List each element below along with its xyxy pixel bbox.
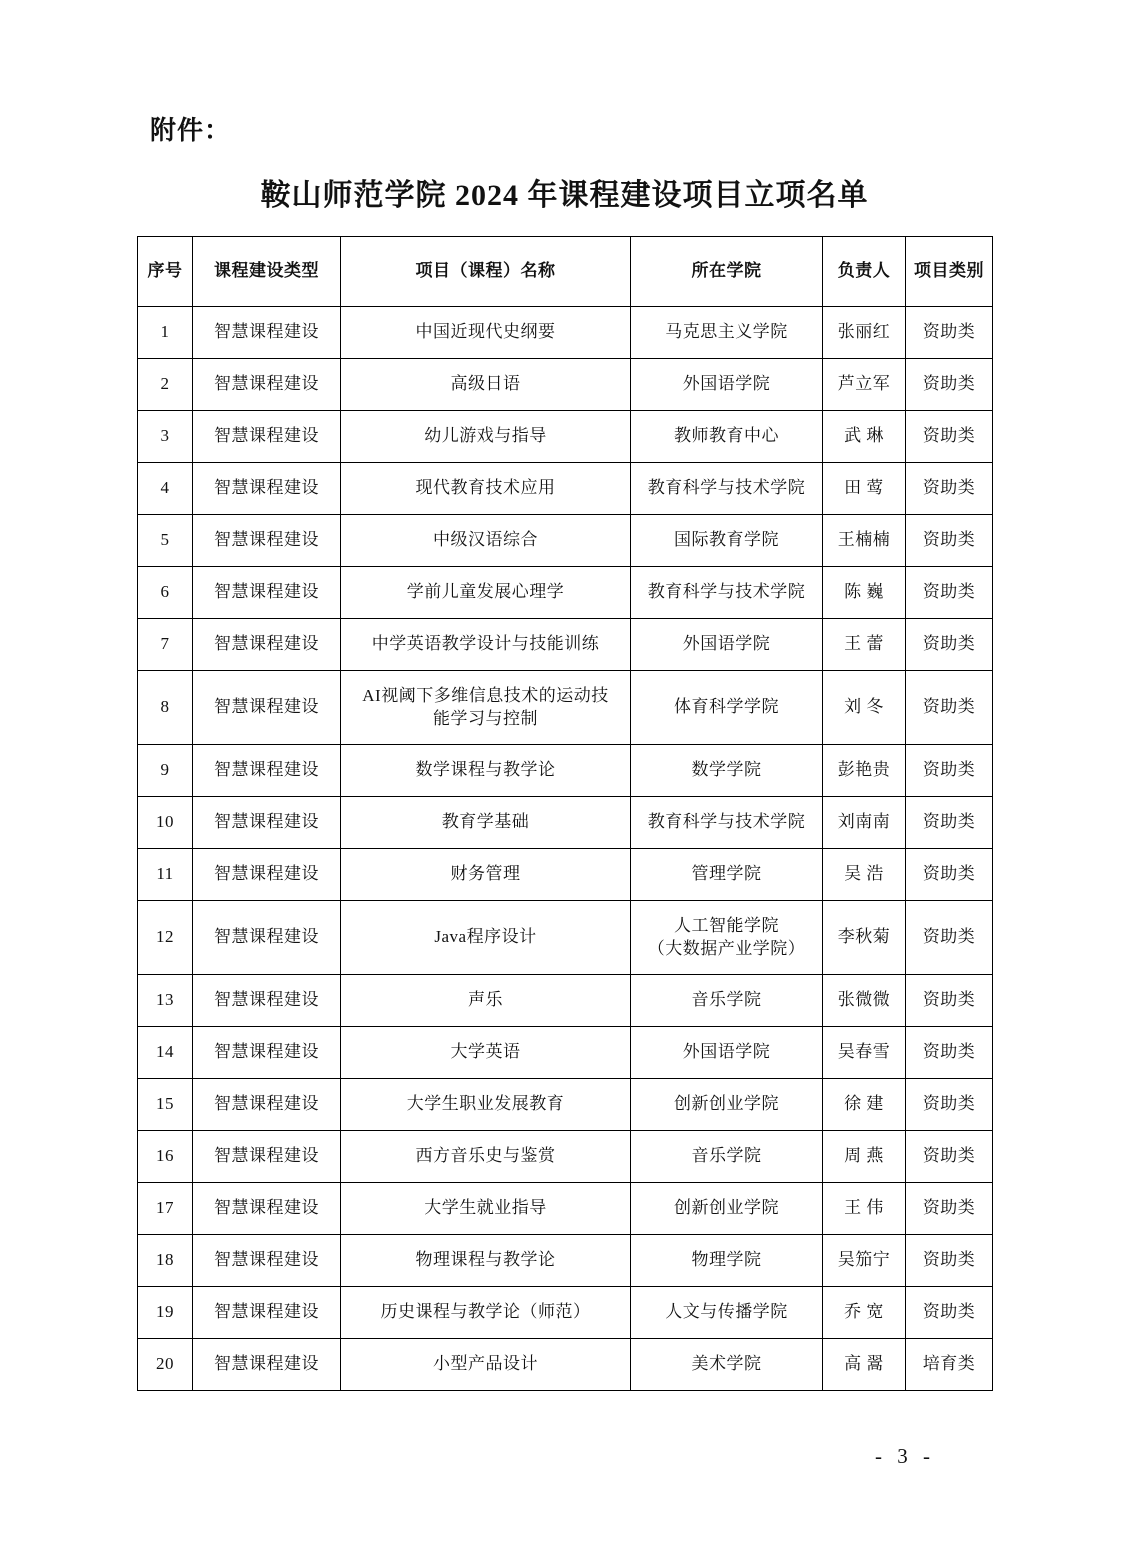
cell-college: 美术学院	[631, 1339, 823, 1391]
cell-leader: 李秋菊	[823, 901, 906, 975]
cell-college: 人工智能学院 （大数据产业学院）	[631, 901, 823, 975]
cell-college: 管理学院	[631, 849, 823, 901]
cell-course-name: 大学英语	[341, 1027, 631, 1079]
table-row: 13智慧课程建设声乐音乐学院张微微资助类	[138, 975, 993, 1027]
cell-type: 智慧课程建设	[193, 411, 341, 463]
cell-college: 音乐学院	[631, 1131, 823, 1183]
cell-course-name: 中国近现代史纲要	[341, 307, 631, 359]
cell-index: 3	[138, 411, 193, 463]
cell-leader: 张微微	[823, 975, 906, 1027]
cell-college: 体育科学学院	[631, 671, 823, 745]
table-row: 3智慧课程建设幼儿游戏与指导教师教育中心武 琳资助类	[138, 411, 993, 463]
cell-category: 培育类	[906, 1339, 993, 1391]
cell-index: 18	[138, 1235, 193, 1287]
table-header-row: 序号 课程建设类型 项目（课程）名称 所在学院 负责人 项目类别	[138, 237, 993, 307]
cell-leader: 吴笳宁	[823, 1235, 906, 1287]
cell-course-name: Java程序设计	[341, 901, 631, 975]
col-header-category: 项目类别	[906, 237, 993, 307]
cell-index: 4	[138, 463, 193, 515]
cell-type: 智慧课程建设	[193, 797, 341, 849]
cell-course-name: 财务管理	[341, 849, 631, 901]
cell-leader: 武 琳	[823, 411, 906, 463]
cell-course-name: 物理课程与教学论	[341, 1235, 631, 1287]
cell-index: 7	[138, 619, 193, 671]
cell-college: 教育科学与技术学院	[631, 463, 823, 515]
cell-leader: 田 莺	[823, 463, 906, 515]
cell-index: 2	[138, 359, 193, 411]
cell-index: 9	[138, 745, 193, 797]
table-row: 12智慧课程建设Java程序设计人工智能学院 （大数据产业学院）李秋菊资助类	[138, 901, 993, 975]
cell-type: 智慧课程建设	[193, 849, 341, 901]
cell-leader: 吴春雪	[823, 1027, 906, 1079]
cell-category: 资助类	[906, 745, 993, 797]
cell-college: 音乐学院	[631, 975, 823, 1027]
table-row: 9智慧课程建设数学课程与教学论数学学院彭艳贵资助类	[138, 745, 993, 797]
cell-leader: 徐 建	[823, 1079, 906, 1131]
cell-leader: 乔 宽	[823, 1287, 906, 1339]
cell-leader: 王 蕾	[823, 619, 906, 671]
table-row: 2智慧课程建设高级日语外国语学院芦立军资助类	[138, 359, 993, 411]
cell-index: 12	[138, 901, 193, 975]
cell-college: 外国语学院	[631, 619, 823, 671]
table-row: 19智慧课程建设历史课程与教学论（师范）人文与传播学院乔 宽资助类	[138, 1287, 993, 1339]
cell-type: 智慧课程建设	[193, 1131, 341, 1183]
table-row: 1智慧课程建设中国近现代史纲要马克思主义学院张丽红资助类	[138, 307, 993, 359]
cell-leader: 张丽红	[823, 307, 906, 359]
col-header-college: 所在学院	[631, 237, 823, 307]
cell-type: 智慧课程建设	[193, 975, 341, 1027]
document-page: 附件： 鞍山师范学院 2024 年课程建设项目立项名单 序号 课程建设类型 项目…	[0, 0, 1125, 1552]
cell-course-name: 大学生就业指导	[341, 1183, 631, 1235]
cell-category: 资助类	[906, 411, 993, 463]
cell-college: 外国语学院	[631, 359, 823, 411]
table-body: 1智慧课程建设中国近现代史纲要马克思主义学院张丽红资助类2智慧课程建设高级日语外…	[138, 307, 993, 1391]
cell-category: 资助类	[906, 797, 993, 849]
table-row: 16智慧课程建设西方音乐史与鉴赏音乐学院周 燕资助类	[138, 1131, 993, 1183]
attachment-label: 附件：	[150, 110, 231, 147]
cell-course-name: 历史课程与教学论（师范）	[341, 1287, 631, 1339]
cell-category: 资助类	[906, 1027, 993, 1079]
cell-college: 国际教育学院	[631, 515, 823, 567]
cell-course-name: 声乐	[341, 975, 631, 1027]
table-row: 15智慧课程建设大学生职业发展教育创新创业学院徐 建资助类	[138, 1079, 993, 1131]
cell-index: 11	[138, 849, 193, 901]
table-row: 5智慧课程建设中级汉语综合国际教育学院王楠楠资助类	[138, 515, 993, 567]
cell-course-name: 中学英语教学设计与技能训练	[341, 619, 631, 671]
cell-index: 6	[138, 567, 193, 619]
cell-category: 资助类	[906, 671, 993, 745]
cell-type: 智慧课程建设	[193, 1183, 341, 1235]
cell-leader: 周 燕	[823, 1131, 906, 1183]
cell-course-name: 大学生职业发展教育	[341, 1079, 631, 1131]
cell-index: 14	[138, 1027, 193, 1079]
cell-type: 智慧课程建设	[193, 1079, 341, 1131]
cell-index: 10	[138, 797, 193, 849]
cell-index: 1	[138, 307, 193, 359]
cell-college: 创新创业学院	[631, 1079, 823, 1131]
table-row: 14智慧课程建设大学英语外国语学院吴春雪资助类	[138, 1027, 993, 1079]
cell-leader: 陈 巍	[823, 567, 906, 619]
document-title: 鞍山师范学院 2024 年课程建设项目立项名单	[137, 170, 992, 214]
cell-leader: 吴 浩	[823, 849, 906, 901]
col-header-type: 课程建设类型	[193, 237, 341, 307]
cell-index: 13	[138, 975, 193, 1027]
cell-index: 5	[138, 515, 193, 567]
cell-leader: 刘南南	[823, 797, 906, 849]
cell-category: 资助类	[906, 901, 993, 975]
cell-category: 资助类	[906, 567, 993, 619]
col-header-course-name: 项目（课程）名称	[341, 237, 631, 307]
table-row: 11智慧课程建设财务管理管理学院吴 浩资助类	[138, 849, 993, 901]
table-row: 18智慧课程建设物理课程与教学论物理学院吴笳宁资助类	[138, 1235, 993, 1287]
cell-leader: 彭艳贵	[823, 745, 906, 797]
cell-type: 智慧课程建设	[193, 359, 341, 411]
cell-course-name: 现代教育技术应用	[341, 463, 631, 515]
cell-course-name: 中级汉语综合	[341, 515, 631, 567]
cell-category: 资助类	[906, 975, 993, 1027]
cell-category: 资助类	[906, 515, 993, 567]
cell-leader: 王 伟	[823, 1183, 906, 1235]
cell-course-name: 幼儿游戏与指导	[341, 411, 631, 463]
cell-college: 外国语学院	[631, 1027, 823, 1079]
cell-leader: 高 翯	[823, 1339, 906, 1391]
cell-type: 智慧课程建设	[193, 671, 341, 745]
table-row: 4智慧课程建设现代教育技术应用教育科学与技术学院田 莺资助类	[138, 463, 993, 515]
cell-course-name: 教育学基础	[341, 797, 631, 849]
cell-type: 智慧课程建设	[193, 515, 341, 567]
cell-leader: 王楠楠	[823, 515, 906, 567]
cell-type: 智慧课程建设	[193, 567, 341, 619]
cell-type: 智慧课程建设	[193, 745, 341, 797]
cell-category: 资助类	[906, 463, 993, 515]
cell-course-name: 学前儿童发展心理学	[341, 567, 631, 619]
cell-category: 资助类	[906, 1287, 993, 1339]
cell-type: 智慧课程建设	[193, 463, 341, 515]
col-header-leader: 负责人	[823, 237, 906, 307]
cell-index: 20	[138, 1339, 193, 1391]
page-number: - 3 -	[875, 1444, 935, 1469]
cell-index: 19	[138, 1287, 193, 1339]
cell-college: 创新创业学院	[631, 1183, 823, 1235]
cell-type: 智慧课程建设	[193, 1027, 341, 1079]
table-row: 10智慧课程建设教育学基础教育科学与技术学院刘南南资助类	[138, 797, 993, 849]
cell-category: 资助类	[906, 359, 993, 411]
cell-college: 教师教育中心	[631, 411, 823, 463]
cell-course-name: 西方音乐史与鉴赏	[341, 1131, 631, 1183]
cell-leader: 芦立军	[823, 359, 906, 411]
cell-category: 资助类	[906, 849, 993, 901]
cell-category: 资助类	[906, 619, 993, 671]
table-row: 7智慧课程建设中学英语教学设计与技能训练外国语学院王 蕾资助类	[138, 619, 993, 671]
cell-category: 资助类	[906, 307, 993, 359]
cell-course-name: 高级日语	[341, 359, 631, 411]
cell-category: 资助类	[906, 1235, 993, 1287]
cell-course-name: 数学课程与教学论	[341, 745, 631, 797]
cell-type: 智慧课程建设	[193, 619, 341, 671]
cell-college: 物理学院	[631, 1235, 823, 1287]
cell-index: 16	[138, 1131, 193, 1183]
cell-college: 人文与传播学院	[631, 1287, 823, 1339]
cell-college: 马克思主义学院	[631, 307, 823, 359]
cell-type: 智慧课程建设	[193, 1235, 341, 1287]
projects-table: 序号 课程建设类型 项目（课程）名称 所在学院 负责人 项目类别 1智慧课程建设…	[137, 236, 993, 1391]
cell-college: 数学学院	[631, 745, 823, 797]
col-header-index: 序号	[138, 237, 193, 307]
cell-category: 资助类	[906, 1183, 993, 1235]
cell-college: 教育科学与技术学院	[631, 797, 823, 849]
table-row: 17智慧课程建设大学生就业指导创新创业学院王 伟资助类	[138, 1183, 993, 1235]
cell-index: 8	[138, 671, 193, 745]
cell-type: 智慧课程建设	[193, 901, 341, 975]
cell-index: 17	[138, 1183, 193, 1235]
cell-leader: 刘 冬	[823, 671, 906, 745]
cell-category: 资助类	[906, 1079, 993, 1131]
table-row: 8智慧课程建设AI视阈下多维信息技术的运动技 能学习与控制体育科学学院刘 冬资助…	[138, 671, 993, 745]
table-row: 6智慧课程建设学前儿童发展心理学教育科学与技术学院陈 巍资助类	[138, 567, 993, 619]
cell-category: 资助类	[906, 1131, 993, 1183]
cell-course-name: AI视阈下多维信息技术的运动技 能学习与控制	[341, 671, 631, 745]
cell-college: 教育科学与技术学院	[631, 567, 823, 619]
table-row: 20智慧课程建设小型产品设计美术学院高 翯培育类	[138, 1339, 993, 1391]
cell-type: 智慧课程建设	[193, 1287, 341, 1339]
cell-type: 智慧课程建设	[193, 1339, 341, 1391]
cell-course-name: 小型产品设计	[341, 1339, 631, 1391]
cell-type: 智慧课程建设	[193, 307, 341, 359]
cell-index: 15	[138, 1079, 193, 1131]
